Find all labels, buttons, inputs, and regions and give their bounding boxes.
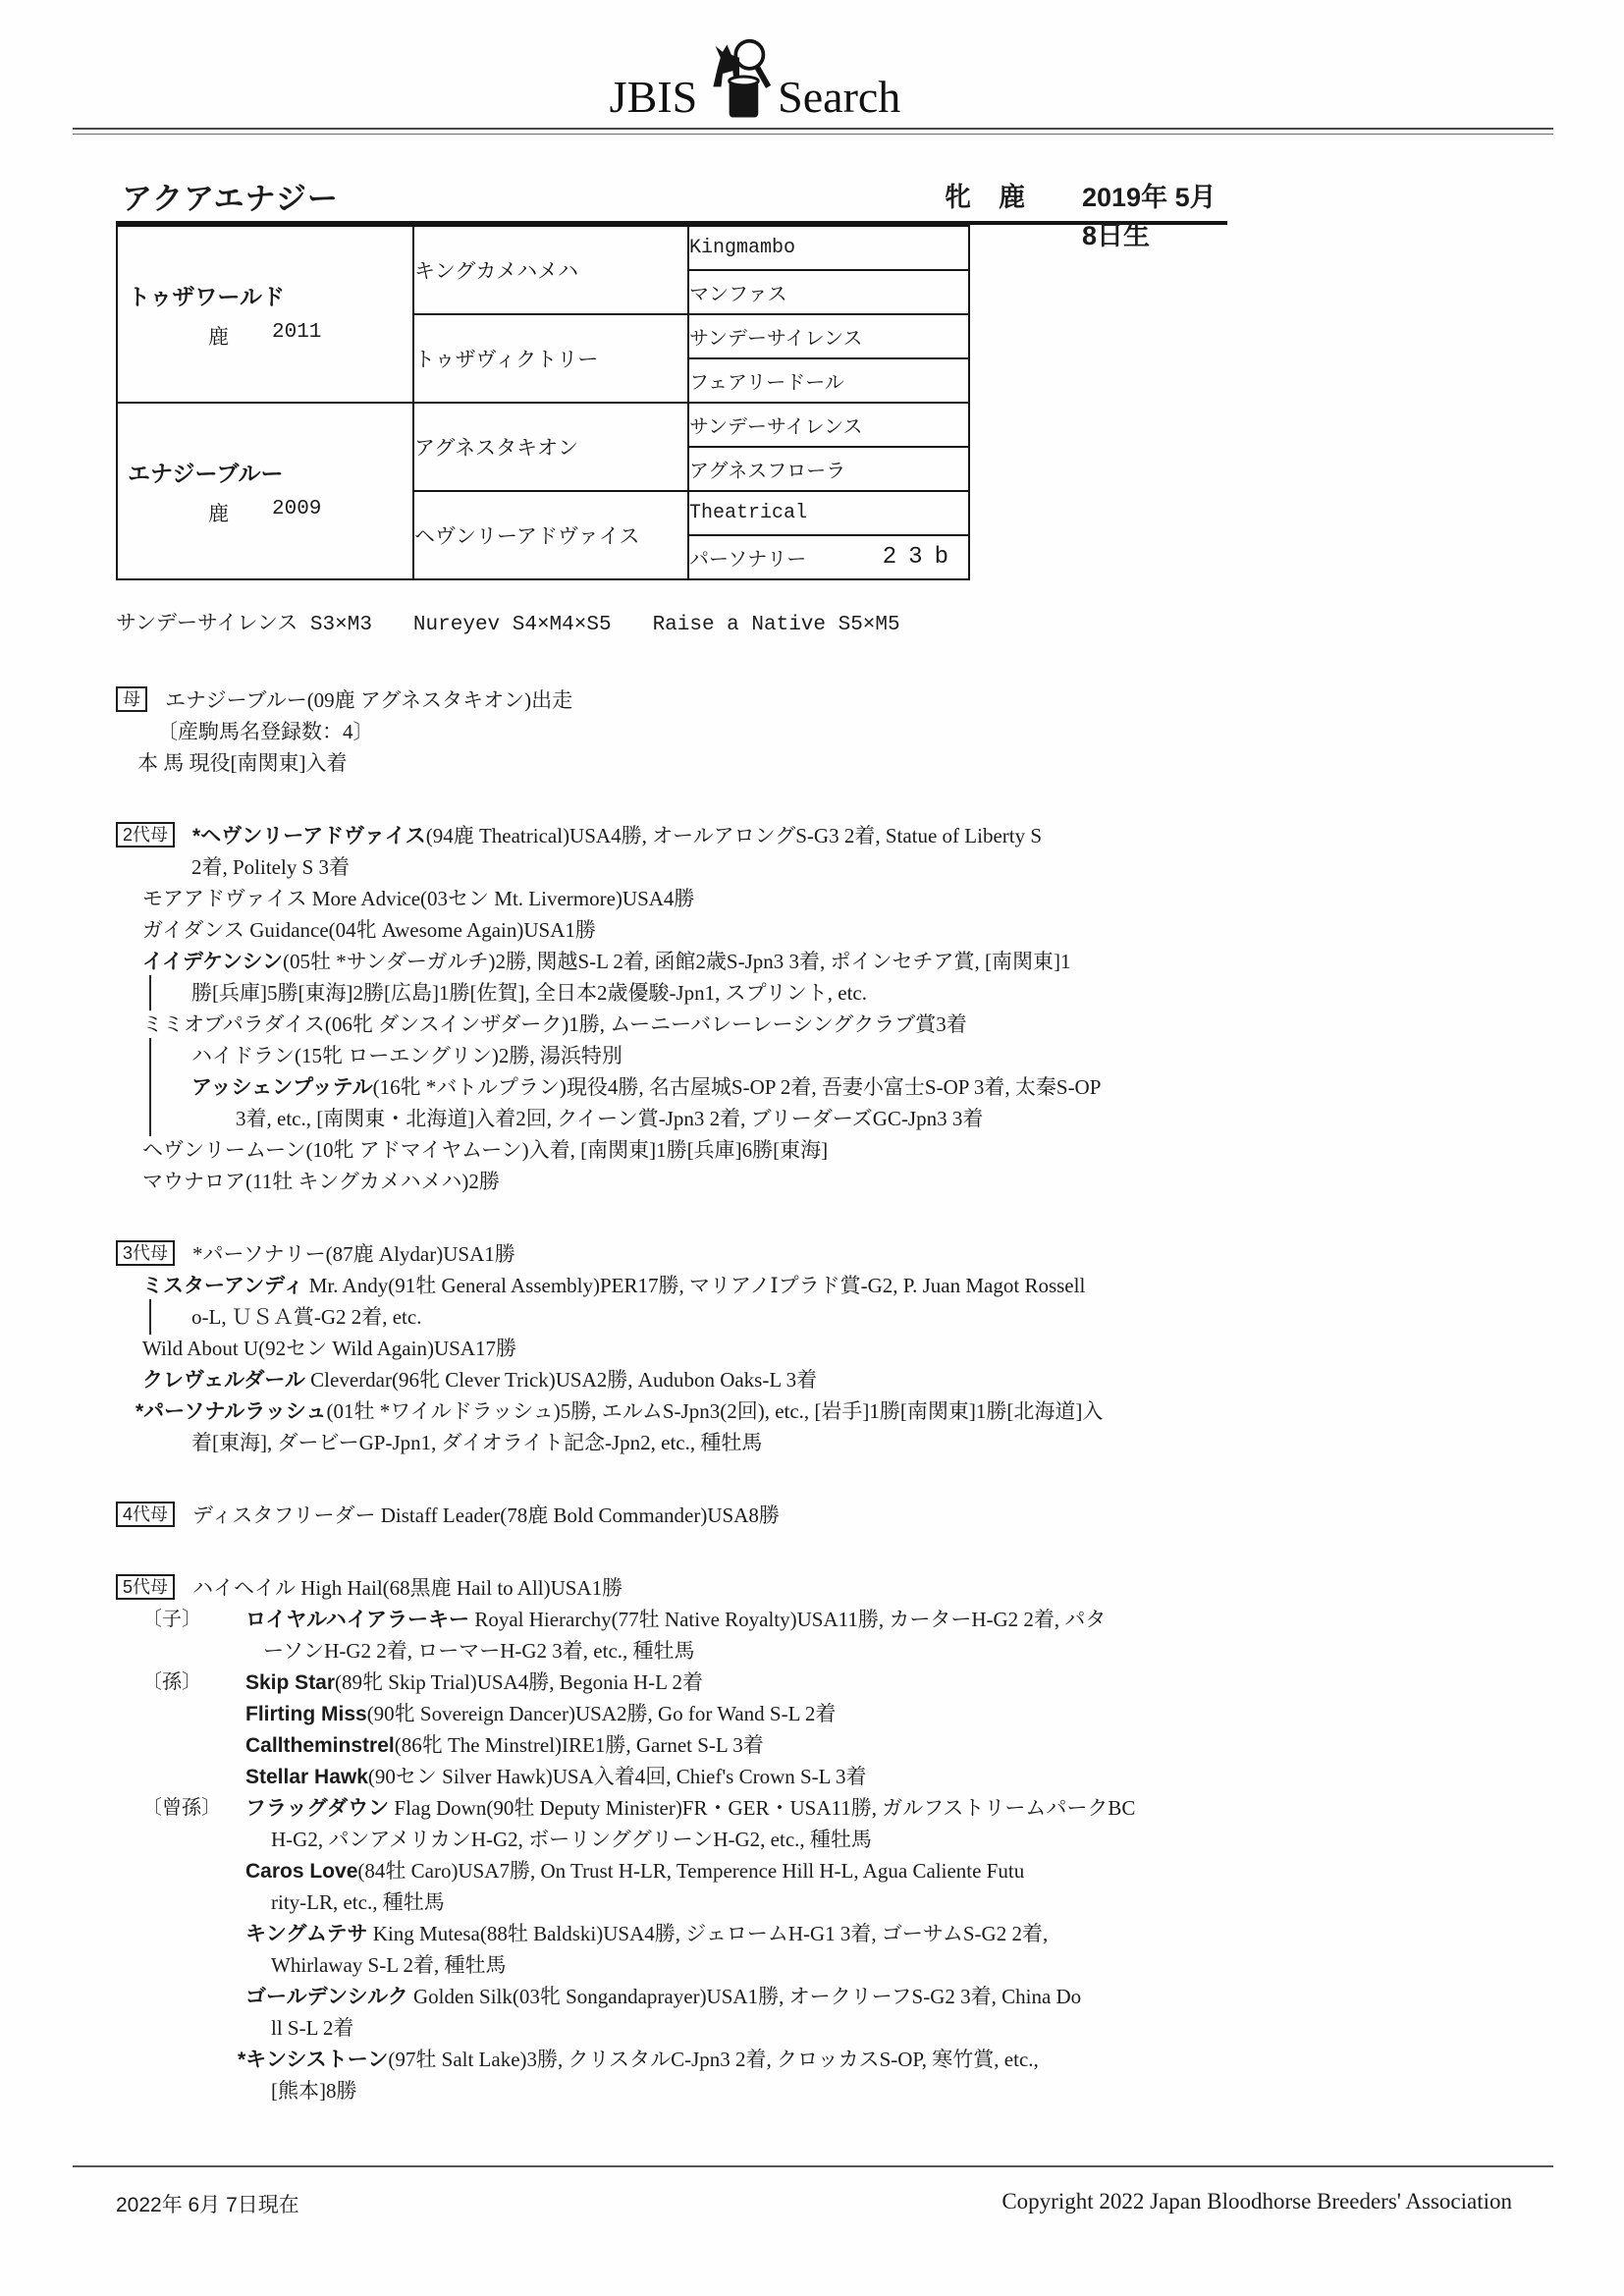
great-grandparent-cell: マンファス bbox=[688, 270, 969, 314]
horse-name: イイデケンシン bbox=[142, 951, 283, 973]
pedigree-line: マウナロア(11牡 キングカメハメハ)2勝 bbox=[116, 1166, 1512, 1197]
family-section: 4代母ディスタフリーダー Distaff Leader(78鹿 Bold Com… bbox=[116, 1500, 1512, 1531]
pedigree-line: Stellar Hawk(90セン Silver Hawk)USA入着4回, C… bbox=[116, 1761, 1512, 1792]
pedigree-line: ミスターアンディ Mr. Andy(91牡 General Assembly)P… bbox=[116, 1270, 1512, 1301]
line-text: (05牡 *サンダーガルチ)2勝, 関越S-L 2着, 函館2歳S-Jpn3 3… bbox=[283, 950, 1070, 973]
horse-name: *キンシストーン bbox=[238, 2049, 388, 2071]
footer-divider bbox=[73, 2165, 1553, 2167]
sex-label: 牝 bbox=[945, 176, 971, 252]
jbis-logo: JBIS Search bbox=[57, 29, 1453, 120]
horse-name: キングムテサ bbox=[245, 1923, 368, 1945]
line-text: ハイドラン(15牝 ローエングリン)2勝, 湯浜特別 bbox=[191, 1044, 623, 1067]
dam-coat: 鹿 bbox=[208, 498, 229, 527]
line-text: 2着, Politely S 3着 bbox=[191, 855, 350, 879]
grandsire-cell: アグネスタキオン bbox=[413, 403, 688, 491]
jbis-logo-text: JBIS bbox=[610, 75, 697, 120]
pedigree-line: モアアドヴァイス More Advice(03セン Mt. Livermore)… bbox=[116, 883, 1512, 914]
line-text: (90牝 Sovereign Dancer)USA2勝, Go for Wand… bbox=[367, 1702, 837, 1725]
line-text: ーソンH-G2 2着, ローマーH-G2 3着, etc., 種牡馬 bbox=[263, 1639, 695, 1663]
line-text: *パーソナリー(87鹿 Alydar)USA1勝 bbox=[192, 1242, 515, 1266]
line-text: (84牡 Caro)USA7勝, On Trust H-LR, Temperen… bbox=[357, 1859, 1024, 1883]
pedigree-line: *パーソナルラッシュ(01牡 *ワイルドラッシュ)5勝, エルムS-Jpn3(2… bbox=[116, 1395, 1512, 1427]
line-text: モアアドヴァイス More Advice(03セン Mt. Livermore)… bbox=[142, 887, 694, 910]
line-text: [熊本]8勝 bbox=[271, 2079, 357, 2103]
horse-name: アッシェンプッテル bbox=[191, 1076, 373, 1099]
great-grandparent-cell: フェアリードール bbox=[688, 358, 969, 403]
pedigree-line: o-L, ＵＳＡ賞-G2 2着, etc. bbox=[116, 1301, 1512, 1333]
great-grandparent-name: パーソナリー bbox=[689, 543, 806, 573]
pedigree-line: 3着, etc., [南関東・北海道]入着2回, クイーン賞-Jpn3 2着, … bbox=[116, 1103, 1512, 1134]
pedigree-line: クレヴェルダール Cleverdar(96牝 Clever Trick)USA2… bbox=[116, 1364, 1512, 1395]
family-sections: 母エナジーブルー(09鹿 アグネスタキオン)出走〔産駒馬名登録数：4〕本 馬 現… bbox=[116, 684, 1512, 2106]
inbreeding-line: サンデーサイレンス S3×M3 Nureyev S4×M4×S5 Raise a… bbox=[116, 610, 1512, 641]
horse-name: フラッグダウン bbox=[245, 1797, 389, 1820]
line-text: (16牝 *バトルプラン)現役4勝, 名古屋城S-OP 2着, 吾妻小富士S-O… bbox=[373, 1075, 1102, 1099]
pedigree-line: H-G2, パンアメリカンH-G2, ボーリンググリーンH-G2, etc., … bbox=[116, 1824, 1512, 1855]
line-text: Whirlaway S-L 2着, 種牡馬 bbox=[271, 1953, 507, 1977]
sire-coat: 鹿 bbox=[208, 321, 229, 351]
line-text: King Mutesa(88牡 Baldski)USA4勝, ジェロームH-G1… bbox=[368, 1922, 1049, 1945]
pedigree-line: 〔子〕ロイヤルハイアラーキー Royal Hierarchy(77牡 Nativ… bbox=[116, 1604, 1512, 1635]
pedigree-line: ll S-L 2着 bbox=[116, 2012, 1512, 2044]
pedigree-line: Calltheminstrel(86牝 The Minstrel)IRE1勝, … bbox=[116, 1729, 1512, 1761]
sire-name: トゥザワールド bbox=[118, 279, 412, 311]
line-text: 着[東海], ダービーGP-Jpn1, ダイオライト記念-Jpn2, etc.,… bbox=[191, 1431, 762, 1454]
relation-tag: 〔孫〕 bbox=[142, 1667, 201, 1698]
title-row: アクアエナジー 牝 鹿 2019年 5月 8日生 bbox=[116, 174, 1227, 225]
pedigree-line: 〔孫〕Skip Star(89牝 Skip Trial)USA4勝, Begon… bbox=[116, 1667, 1512, 1698]
line-text: Flag Down(90牡 Deputy Minister)FR・GER・USA… bbox=[389, 1796, 1135, 1820]
generation-label: 母 bbox=[116, 686, 147, 712]
pedigree-line: rity-LR, etc., 種牡馬 bbox=[116, 1886, 1512, 1918]
table-row: エナジーブルー 鹿 2009 アグネスタキオン サンデーサイレンス bbox=[117, 403, 969, 447]
line-text: o-L, ＵＳＡ賞-G2 2着, etc. bbox=[191, 1305, 421, 1329]
horse-name: ゴールデンシルク bbox=[245, 1986, 408, 2008]
pedigree-line: 母エナジーブルー(09鹿 アグネスタキオン)出走 bbox=[116, 684, 1512, 716]
line-text: ディスタフリーダー Distaff Leader(78鹿 Bold Comman… bbox=[192, 1503, 780, 1527]
pedigree-line: 2代母*ヘヴンリーアドヴァイス(94鹿 Theatrical)USA4勝, オー… bbox=[116, 820, 1512, 851]
horse-name: Calltheminstrel bbox=[245, 1734, 395, 1757]
tree-connector bbox=[149, 1299, 151, 1335]
line-text: 3着, etc., [南関東・北海道]入着2回, クイーン賞-Jpn3 2着, … bbox=[236, 1107, 983, 1130]
pedigree-line: 5代母ハイヘイル High Hail(68黒鹿 Hail to All)USA1… bbox=[116, 1572, 1512, 1604]
line-text: (89牝 Skip Trial)USA4勝, Begonia H-L 2着 bbox=[335, 1670, 703, 1694]
sire-meta: 鹿 2011 bbox=[118, 321, 412, 351]
pedigree-line: アッシェンプッテル(16牝 *バトルプラン)現役4勝, 名古屋城S-OP 2着,… bbox=[116, 1071, 1512, 1103]
pedigree-line: [熊本]8勝 bbox=[116, 2075, 1512, 2106]
pedigree-line: Caros Love(84牡 Caro)USA7勝, On Trust H-LR… bbox=[116, 1855, 1512, 1886]
pedigree-line: キングムテサ King Mutesa(88牡 Baldski)USA4勝, ジェ… bbox=[116, 1918, 1512, 1949]
horse-name: ロイヤルハイアラーキー bbox=[245, 1609, 469, 1631]
great-grandparent-cell: Theatrical bbox=[688, 491, 969, 535]
birth-date: 2019年 5月 8日生 bbox=[1082, 176, 1227, 252]
horse-name: *ヘヴンリーアドヴァイス bbox=[192, 825, 426, 847]
tree-connector bbox=[149, 1101, 151, 1136]
family-section: 3代母*パーソナリー(87鹿 Alydar)USA1勝ミスターアンディ Mr. … bbox=[116, 1238, 1512, 1458]
line-text: H-G2, パンアメリカンH-G2, ボーリンググリーンH-G2, etc., … bbox=[271, 1828, 872, 1851]
pedigree-line: 3代母*パーソナリー(87鹿 Alydar)USA1勝 bbox=[116, 1238, 1512, 1270]
horse-name: *パーソナルラッシュ bbox=[135, 1400, 326, 1423]
pedigree-line: ゴールデンシルク Golden Silk(03牝 Songandaprayer)… bbox=[116, 1981, 1512, 2012]
line-text: rity-LR, etc., 種牡馬 bbox=[271, 1890, 445, 1914]
pedigree-report-page: JBIS Search アクアエナジー 牝 鹿 2019年 5月 8日生 トゥザ… bbox=[0, 0, 1624, 2296]
family-section: 母エナジーブルー(09鹿 アグネスタキオン)出走〔産駒馬名登録数：4〕本 馬 現… bbox=[116, 684, 1512, 779]
pedigree-line: 勝[兵庫]5勝[東海]2勝[広島]1勝[佐賀], 全日本2歳優駿-Jpn1, ス… bbox=[116, 977, 1512, 1009]
pedigree-line: イイデケンシン(05牡 *サンダーガルチ)2勝, 関越S-L 2着, 函館2歳S… bbox=[116, 946, 1512, 977]
page-footer: 2022年 6月 7日現在 Copyright 2022 Japan Blood… bbox=[116, 2165, 1512, 2218]
coat-label: 鹿 bbox=[999, 176, 1025, 252]
line-text: ミミオブパラダイス(06牝 ダンスインザダーク)1勝, ムーニーバレーレーシング… bbox=[142, 1012, 967, 1036]
grandsire-cell: キングカメハメハ bbox=[413, 226, 688, 314]
pedigree-line: ミミオブパラダイス(06牝 ダンスインザダーク)1勝, ムーニーバレーレーシング… bbox=[116, 1009, 1512, 1040]
line-text: (97牡 Salt Lake)3勝, クリスタルC-Jpn3 2着, クロッカス… bbox=[388, 2048, 1038, 2071]
dam-meta: 鹿 2009 bbox=[118, 498, 412, 527]
tree-connector bbox=[149, 975, 151, 1011]
family-section: 2代母*ヘヴンリーアドヴァイス(94鹿 Theatrical)USA4勝, オー… bbox=[116, 820, 1512, 1197]
line-text: 本 馬 現役[南関東]入着 bbox=[137, 751, 348, 775]
pedigree-line: ヘヴンリームーン(10牝 アドマイヤムーン)入着, [南関東]1勝[兵庫]6勝[… bbox=[116, 1134, 1512, 1166]
tree-connector bbox=[149, 1069, 151, 1105]
line-text: (86牝 The Minstrel)IRE1勝, Garnet S-L 3着 bbox=[395, 1733, 764, 1757]
horse-name: Caros Love bbox=[245, 1860, 357, 1883]
pedigree-line: 〔曾孫〕フラッグダウン Flag Down(90牡 Deputy Ministe… bbox=[116, 1792, 1512, 1824]
line-text: (94鹿 Theatrical)USA4勝, オールアロングS-G3 2着, S… bbox=[426, 824, 1042, 847]
horse-meta: 牝 鹿 2019年 5月 8日生 bbox=[945, 176, 1227, 252]
as-of-date: 2022年 6月 7日現在 bbox=[116, 2189, 299, 2218]
copyright-text: Copyright 2022 Japan Bloodhorse Breeders… bbox=[1001, 2189, 1512, 2218]
great-grandparent-cell: サンデーサイレンス bbox=[688, 314, 969, 358]
dam-inner: エナジーブルー 鹿 2009 bbox=[118, 404, 412, 578]
generation-label: 4代母 bbox=[116, 1502, 175, 1527]
line-text: Wild About U(92セン Wild Again)USA17勝 bbox=[142, 1337, 516, 1360]
sire-year: 2011 bbox=[272, 321, 321, 351]
pedigree-line: ハイドラン(15牝 ローエングリン)2勝, 湯浜特別 bbox=[116, 1040, 1512, 1071]
great-grandparent-cell: サンデーサイレンス bbox=[688, 403, 969, 447]
great-grandparent-cell: Kingmambo bbox=[688, 226, 969, 270]
great-grandparent-with-family: パーソナリー 23b bbox=[689, 543, 968, 573]
line-text: (90セン Silver Hawk)USA入着4回, Chief's Crown… bbox=[368, 1765, 867, 1788]
pedigree-line: 2着, Politely S 3着 bbox=[116, 851, 1512, 883]
pedigree-line: 本 馬 現役[南関東]入着 bbox=[116, 747, 1512, 779]
pedigree-line: 4代母ディスタフリーダー Distaff Leader(78鹿 Bold Com… bbox=[116, 1500, 1512, 1531]
dam-name: エナジーブルー bbox=[118, 456, 412, 488]
generation-label: 3代母 bbox=[116, 1240, 175, 1266]
horse-name: クレヴェルダール bbox=[142, 1369, 305, 1392]
horse-name: Flirting Miss bbox=[245, 1703, 367, 1725]
relation-tag: 〔曾孫〕 bbox=[142, 1792, 221, 1824]
line-text: Golden Silk(03牝 Songandaprayer)USA1勝, オー… bbox=[408, 1985, 1081, 2008]
relation-tag: 〔子〕 bbox=[142, 1604, 201, 1635]
line-text: ガイダンス Guidance(04牝 Awesome Again)USA1勝 bbox=[142, 918, 596, 942]
great-grandparent-cell: パーソナリー 23b bbox=[688, 535, 969, 579]
horse-name: Skip Star bbox=[245, 1671, 335, 1694]
line-text: ll S-L 2着 bbox=[271, 2016, 353, 2040]
horse-name: ミスターアンディ bbox=[142, 1275, 303, 1297]
search-logo-text: Search bbox=[778, 75, 900, 120]
page-title: アクアエナジー bbox=[122, 174, 339, 218]
generation-label: 2代母 bbox=[116, 822, 175, 847]
pedigree-line: *キンシストーン(97牡 Salt Lake)3勝, クリスタルC-Jpn3 2… bbox=[116, 2044, 1512, 2075]
line-text: 〔産駒馬名登録数：4〕 bbox=[157, 720, 374, 743]
pedigree-line: Flirting Miss(90牝 Sovereign Dancer)USA2勝… bbox=[116, 1698, 1512, 1729]
footer-row: 2022年 6月 7日現在 Copyright 2022 Japan Blood… bbox=[116, 2189, 1512, 2218]
sire-inner: トゥザワールド 鹿 2011 bbox=[118, 227, 412, 402]
line-text: ヘヴンリームーン(10牝 アドマイヤムーン)入着, [南関東]1勝[兵庫]6勝[… bbox=[142, 1138, 828, 1162]
great-grandparent-cell: アグネスフローラ bbox=[688, 447, 969, 491]
pedigree-table: トゥザワールド 鹿 2011 キングカメハメハ Kingmambo マンファス … bbox=[116, 225, 970, 580]
dam-cell: エナジーブルー 鹿 2009 bbox=[117, 403, 413, 579]
tree-connector bbox=[149, 1038, 151, 1073]
horse-name: Stellar Hawk bbox=[245, 1766, 368, 1788]
granddam-cell: ヘヴンリーアドヴァイス bbox=[413, 491, 688, 579]
line-text: ハイヘイル High Hail(68黒鹿 Hail to All)USA1勝 bbox=[192, 1576, 623, 1600]
table-row: トゥザワールド 鹿 2011 キングカメハメハ Kingmambo bbox=[117, 226, 969, 270]
sire-cell: トゥザワールド 鹿 2011 bbox=[117, 226, 413, 403]
header-divider bbox=[73, 128, 1553, 135]
line-text: Cleverdar(96牝 Clever Trick)USA2勝, Audubo… bbox=[305, 1368, 817, 1392]
family-number: 23b bbox=[883, 544, 960, 571]
pedigree-line: Wild About U(92セン Wild Again)USA17勝 bbox=[116, 1333, 1512, 1364]
pedigree-line: ガイダンス Guidance(04牝 Awesome Again)USA1勝 bbox=[116, 914, 1512, 946]
line-text: Mr. Andy(91牡 General Assembly)PER17勝, マリ… bbox=[303, 1274, 1085, 1297]
pedigree-line: ーソンH-G2 2着, ローマーH-G2 3着, etc., 種牡馬 bbox=[116, 1635, 1512, 1667]
line-text: エナジーブルー(09鹿 アグネスタキオン)出走 bbox=[165, 688, 572, 712]
line-text: 勝[兵庫]5勝[東海]2勝[広島]1勝[佐賀], 全日本2歳優駿-Jpn1, ス… bbox=[191, 981, 867, 1005]
pedigree-line: 〔産駒馬名登録数：4〕 bbox=[116, 716, 1512, 747]
line-text: マウナロア(11牡 キングカメハメハ)2勝 bbox=[142, 1170, 500, 1193]
horse-magnifier-icon bbox=[703, 31, 776, 122]
generation-label: 5代母 bbox=[116, 1574, 175, 1600]
dam-year: 2009 bbox=[272, 498, 321, 527]
line-text: Royal Hierarchy(77牡 Native Royalty)USA11… bbox=[469, 1608, 1106, 1631]
line-text: (01牡 *ワイルドラッシュ)5勝, エルムS-Jpn3(2回), etc., … bbox=[326, 1399, 1103, 1423]
pedigree-line: 着[東海], ダービーGP-Jpn1, ダイオライト記念-Jpn2, etc.,… bbox=[116, 1427, 1512, 1458]
granddam-cell: トゥザヴィクトリー bbox=[413, 314, 688, 403]
pedigree-line: Whirlaway S-L 2着, 種牡馬 bbox=[116, 1949, 1512, 1981]
family-section: 5代母ハイヘイル High Hail(68黒鹿 Hail to All)USA1… bbox=[116, 1572, 1512, 2106]
